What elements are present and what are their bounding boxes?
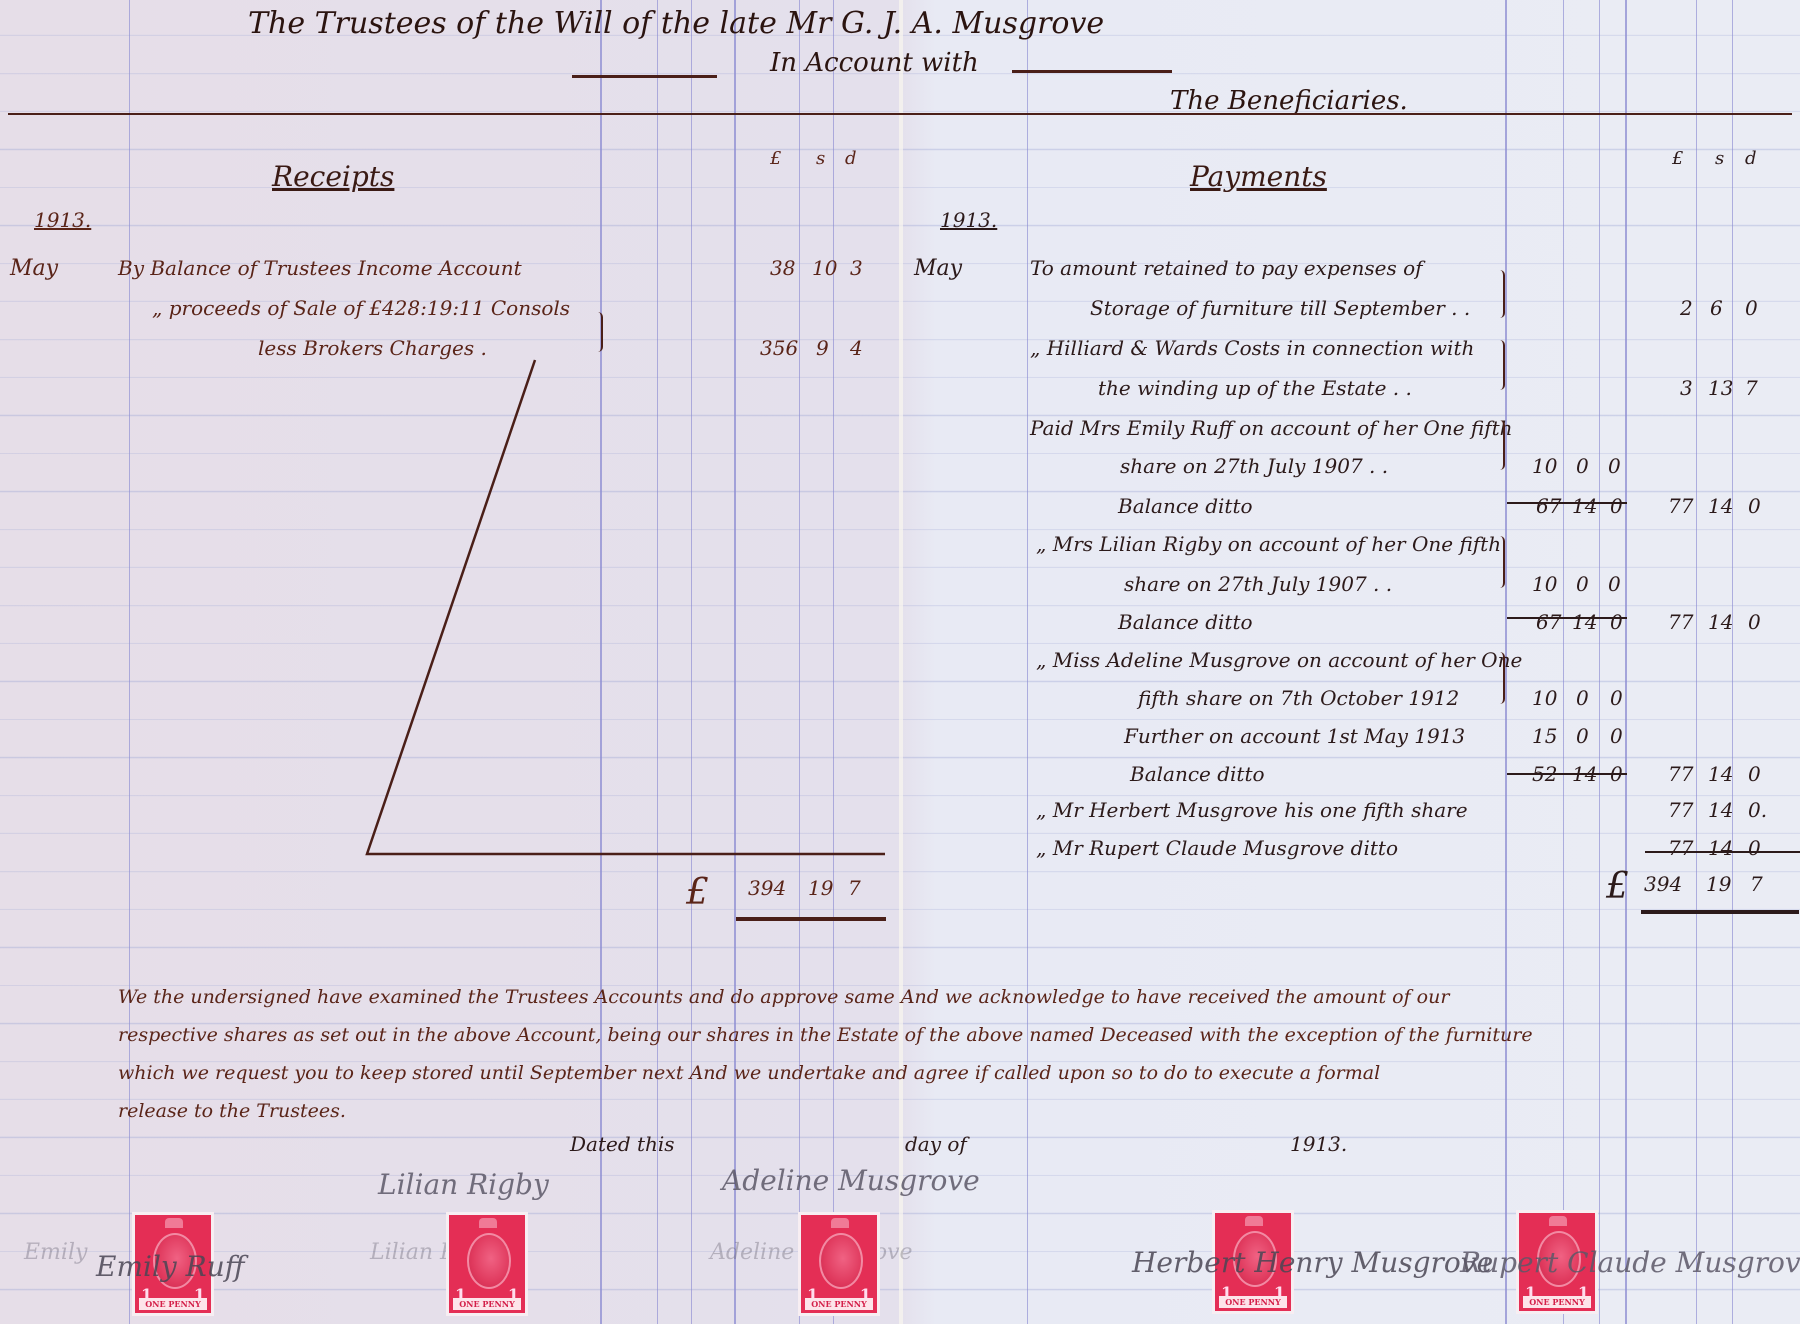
subtotal-rule [1507, 773, 1627, 775]
payment-pence: 0 [1745, 296, 1758, 320]
dated-year: 1913. [1290, 1132, 1347, 1156]
payments-heading: Payments [1190, 160, 1327, 193]
declaration-line: We the undersigned have examined the Tru… [118, 986, 1449, 1008]
payment-entry-text: „ Hilliard & Wards Costs in connection w… [1030, 336, 1474, 360]
payment-pounds: 2 [1680, 296, 1693, 320]
payment-shillings: 13 [1708, 376, 1733, 400]
payments-year: 1913. [940, 208, 997, 232]
payment-sub-shillings: 14 [1572, 610, 1597, 634]
payment-pence: 0. [1748, 798, 1767, 822]
payment-shillings: 14 [1708, 762, 1733, 786]
date-column-rule [1027, 0, 1028, 1324]
one-penny-stamp: 1 1 ONE PENNY [798, 1212, 880, 1316]
payment-entry-text: Balance ditto [1118, 610, 1253, 634]
payment-sub-pounds: 10 [1532, 572, 1557, 596]
total-rule [1645, 851, 1800, 853]
receipts-total-pounds: 394 [748, 876, 786, 900]
stamp-label: ONE PENNY [453, 1298, 521, 1310]
brace [1500, 270, 1505, 318]
payment-pence: 0 [1748, 494, 1761, 518]
payment-pence: 0 [1748, 836, 1761, 860]
payments-month: May [914, 256, 962, 281]
payment-sub-pounds: 10 [1532, 454, 1557, 478]
declaration-line: which we request you to keep stored unti… [118, 1062, 1380, 1084]
payment-shillings: 14 [1708, 798, 1733, 822]
title-line-3: The Beneficiaries. [1170, 86, 1408, 116]
payment-pounds: 77 [1668, 494, 1693, 518]
stamp-label: ONE PENNY [1523, 1296, 1591, 1308]
crown-icon [831, 1218, 849, 1228]
ledger-page: The Trustees of the Will of the late Mr … [0, 0, 1800, 1324]
declaration-line: respective shares as set out in the abov… [118, 1024, 1533, 1046]
signature-herbert-musgrove: Herbert Henry Musgrove [1132, 1246, 1493, 1279]
payment-shillings: 6 [1710, 296, 1723, 320]
payment-pence: 0 [1748, 610, 1761, 634]
payment-shillings: 14 [1708, 610, 1733, 634]
payment-entry-text: „ Mr Herbert Musgrove his one fifth shar… [1036, 798, 1468, 822]
payment-entry-text: Further on account 1st May 1913 [1124, 724, 1465, 748]
payment-sub-pounds: 10 [1532, 686, 1557, 710]
payment-shillings: 14 [1708, 836, 1733, 860]
payments-total-shillings: 19 [1706, 872, 1731, 896]
receipts-total-symbol: £ [686, 872, 709, 913]
payments-total-pounds: 394 [1644, 872, 1682, 896]
day-of-label: day of [905, 1132, 967, 1156]
brace [1500, 420, 1505, 470]
stamp-label: ONE PENNY [139, 1298, 207, 1310]
signature-lilian-rigby: Lilian Rigby [378, 1168, 549, 1201]
signature-emily-ruff: Emily Ruff [96, 1250, 245, 1283]
payment-entry-text: Storage of furniture till September . . [1090, 296, 1470, 320]
payment-sub-pence: 0 [1610, 494, 1623, 518]
payment-pounds: 77 [1668, 762, 1693, 786]
payment-sub-pounds: 67 [1536, 494, 1561, 518]
payment-pounds: 3 [1680, 376, 1693, 400]
payments-shillings-header: s [1715, 148, 1724, 169]
payment-pounds: 77 [1668, 610, 1693, 634]
payment-sub-pence: 0 [1610, 724, 1623, 748]
payment-entry-text: Balance ditto [1130, 762, 1265, 786]
faint-signature: Emily [24, 1240, 87, 1265]
receipts-total-rule [736, 917, 886, 921]
payment-shillings: 14 [1708, 494, 1733, 518]
signature-adeline-musgrove: Adeline Musgrove [722, 1164, 980, 1197]
signature-rupert-musgrove: Rupert Claude Musgrove [1460, 1246, 1800, 1279]
payment-entry-text: fifth share on 7th October 1912 [1138, 686, 1459, 710]
stamp-label: ONE PENNY [1219, 1296, 1287, 1308]
receipts-total-pence: 7 [848, 876, 861, 900]
payment-entry-text: To amount retained to pay expenses of [1030, 256, 1423, 280]
crown-icon [1245, 1216, 1263, 1226]
column-rule [1625, 0, 1627, 1324]
crown-icon [165, 1218, 183, 1228]
payments-total-rule [1641, 910, 1799, 914]
payment-sub-shillings: 0 [1576, 572, 1589, 596]
payment-sub-shillings: 0 [1576, 686, 1589, 710]
payment-sub-pence: 0 [1610, 610, 1623, 634]
payment-sub-pence: 0 [1608, 454, 1621, 478]
payment-pence: 7 [1745, 376, 1758, 400]
one-penny-stamp: 1 1 ONE PENNY [446, 1212, 528, 1316]
payment-entry-text: „ Mrs Lilian Rigby on account of her One… [1036, 532, 1501, 556]
payment-pence: 0 [1748, 762, 1761, 786]
subtotal-rule [1507, 502, 1627, 504]
title-flourish-right [1012, 70, 1172, 73]
dated-this-label: Dated this [570, 1132, 675, 1156]
payment-sub-pence: 0 [1608, 572, 1621, 596]
payment-entry-text: „ Mr Rupert Claude Musgrove ditto [1036, 836, 1398, 860]
brace [1500, 652, 1505, 704]
payment-entry-text: share on 27th July 1907 . . [1124, 572, 1392, 596]
column-rule [1732, 0, 1733, 1324]
payment-sub-pounds: 15 [1532, 724, 1557, 748]
stamp-label: ONE PENNY [805, 1298, 873, 1310]
column-rule [1563, 0, 1564, 1324]
king-portrait-icon [819, 1233, 863, 1289]
crown-icon [479, 1218, 497, 1228]
payment-pounds: 77 [1668, 836, 1693, 860]
payment-sub-shillings: 0 [1576, 454, 1589, 478]
payments-total-symbol: £ [1606, 866, 1629, 907]
payment-sub-shillings: 14 [1572, 494, 1597, 518]
payment-entry-text: Balance ditto [1118, 494, 1253, 518]
brace [1500, 340, 1505, 390]
blank-space-cancel-line [0, 0, 900, 900]
subtotal-rule [1507, 617, 1627, 619]
column-rule [1696, 0, 1697, 1324]
payments-pounds-header: £ [1672, 148, 1683, 169]
receipts-total-shillings: 19 [808, 876, 833, 900]
payment-entry-text: the winding up of the Estate . . [1098, 376, 1412, 400]
declaration-line: release to the Trustees. [118, 1100, 346, 1122]
payment-pounds: 77 [1668, 798, 1693, 822]
payments-total-pence: 7 [1750, 872, 1763, 896]
payment-entry-text: Paid Mrs Emily Ruff on account of her On… [1030, 416, 1513, 440]
payment-sub-pence: 0 [1610, 686, 1623, 710]
column-rule [1599, 0, 1600, 1324]
payments-pence-header: d [1745, 148, 1757, 169]
king-portrait-icon [467, 1233, 511, 1289]
payment-sub-pounds: 67 [1536, 610, 1561, 634]
payment-sub-shillings: 0 [1576, 724, 1589, 748]
brace [1500, 536, 1505, 588]
payment-entry-text: „ Miss Adeline Musgrove on account of he… [1036, 648, 1522, 672]
payment-entry-text: share on 27th July 1907 . . [1120, 454, 1388, 478]
crown-icon [1549, 1216, 1567, 1226]
